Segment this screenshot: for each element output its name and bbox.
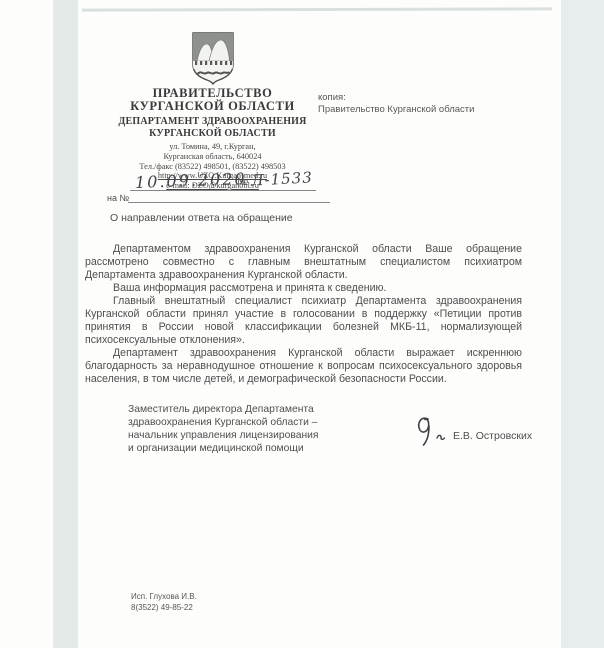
date-underline [130,190,246,191]
signatory-position-line1: Заместитель директора Департамента [128,403,378,416]
handwritten-number: Л-1533 [251,168,314,189]
handwritten-date: 10.09.2020 [135,169,247,192]
letter-body: Департаментом здравоохранения Курганской… [85,243,522,386]
body-paragraph-3: Главный внештатный специалист психиатр Д… [85,295,522,347]
scan-margin-left [53,0,78,648]
executor-phone: 8(3522) 49-85-22 [131,603,197,614]
signatory-position-line2: здравоохранения Курганской области – [128,416,378,429]
body-paragraph-4: Департамент здравоохранения Курганской о… [85,347,522,386]
number-underline [246,190,316,191]
body-paragraph-1: Департаментом здравоохранения Курганской… [85,243,522,282]
letterhead: ПРАВИТЕЛЬСТВО КУРГАНСКОЙ ОБЛАСТИ ДЕПАРТА… [80,31,345,191]
executor-block: Исп. Глухова И.В. 8(3522) 49-85-22 [131,592,197,613]
signatory-name: Е.В. Островских [453,430,532,442]
body-paragraph-2: Ваша информация рассмотрена и принята к … [85,282,522,295]
copy-label: копия: [318,92,528,104]
reference-block: 10.09.2020 № Л-1533 на № [105,168,365,208]
letterhead-org-line2: КУРГАНСКОЙ ОБЛАСТИ [80,100,345,113]
number-sign-label: № [237,176,248,188]
copy-block: копия: Правительство Курганской области [318,92,528,116]
letterhead-address-line2: Курганская область, 640024 [80,153,345,162]
letterhead-org-line1: ПРАВИТЕЛЬСТВО [80,87,345,100]
reply-to-label: на № [107,193,129,203]
scan-margin-right [561,0,604,648]
scan-artifact-line [82,7,552,11]
executor-name: Исп. Глухова И.В. [131,592,197,603]
subject-line: О направлении ответа на обращение [110,212,293,224]
letterhead-address-line1: ул. Томина, 49, г.Курган, [80,143,345,152]
reply-to-underline [128,202,330,203]
signatory-position-line4: и организации медицинской помощи [128,442,378,455]
copy-recipient: Правительство Курганской области [318,104,528,116]
kurgan-oblast-coat-of-arms-icon [190,31,236,85]
signatory-position-line3: начальник управления лицензирования [128,429,378,442]
letterhead-dept-line2: КУРГАНСКОЙ ОБЛАСТИ [80,129,345,140]
letterhead-dept-line1: ДЕПАРТАМЕНТ ЗДРАВООХРАНЕНИЯ [80,117,345,128]
handwritten-signature-icon [408,414,453,450]
scanned-letter: ПРАВИТЕЛЬСТВО КУРГАНСКОЙ ОБЛАСТИ ДЕПАРТА… [0,0,604,648]
signatory-position: Заместитель директора Департамента здрав… [128,403,378,455]
